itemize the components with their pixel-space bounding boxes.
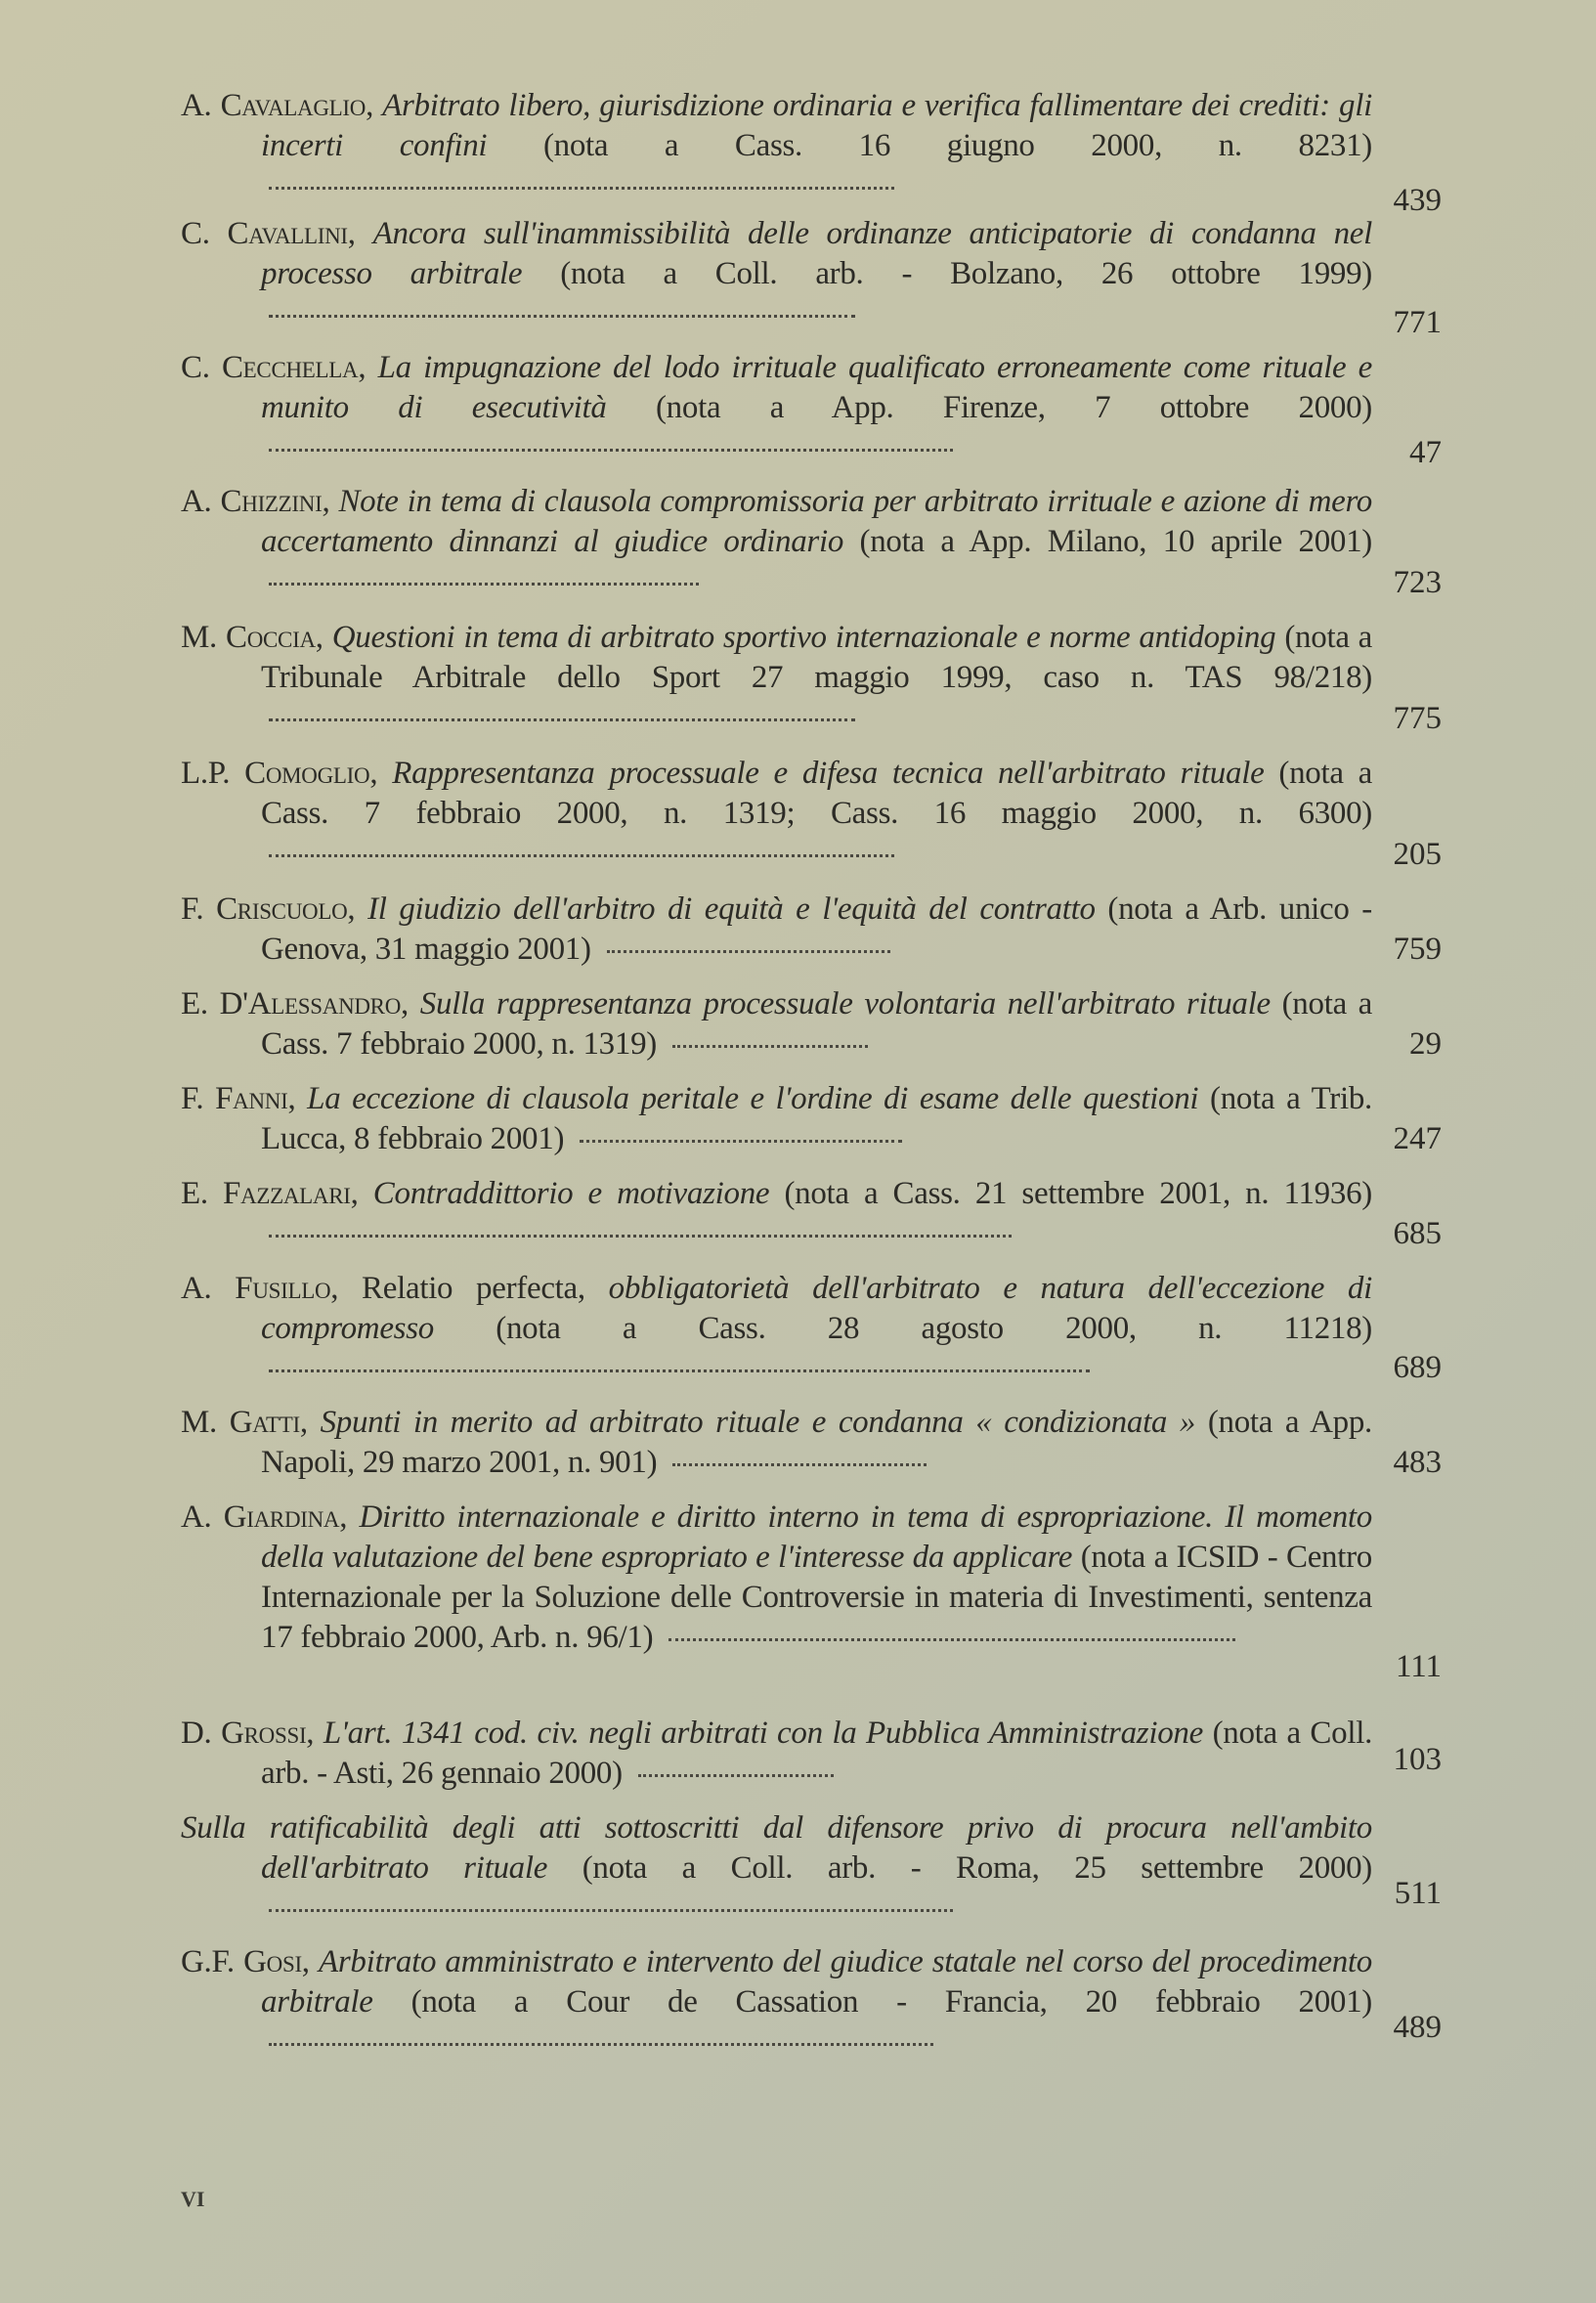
entry-note: (nota a Coll. arb. - Roma, 25 settembre … [582, 1850, 1372, 1886]
toc-entry: Sulla ratificabilità degli atti sottoscr… [181, 1808, 1442, 1928]
dot-leader [269, 583, 699, 586]
entry-page-number: 247 [1344, 1119, 1442, 1159]
dot-leader [607, 950, 890, 953]
entry-page-number: 103 [1344, 1740, 1442, 1780]
entry-author: D. Grossi, [181, 1716, 314, 1751]
toc-entry: D. Grossi, L'art. 1341 cod. civ. negli a… [181, 1714, 1442, 1794]
entry-title: Spunti in merito ad arbitrato rituale e … [321, 1405, 1196, 1440]
toc-entry: E. Fazzalari, Contraddittorio e motivazi… [181, 1174, 1442, 1254]
dot-leader [669, 1638, 1235, 1641]
entry-note: (nota a Cour de Cassation - Francia, 20 … [411, 1984, 1372, 2020]
entry-note: (nota a App. Milano, 10 aprile 2001) [860, 524, 1372, 559]
entry-title-roman-prefix: Relatio perfecta, [362, 1271, 585, 1306]
entry-note: (nota a Cass. 16 giugno 2000, n. 8231) [543, 128, 1372, 163]
entry-author: A. Fusillo, [181, 1271, 338, 1306]
table-of-contents: A. Cavalaglio, Arbitrato libero, giurisd… [181, 86, 1442, 2076]
entry-page-number: 511 [1344, 1874, 1442, 1914]
toc-entry: C. Cavallini, Ancora sull'inammissibilit… [181, 214, 1442, 333]
toc-entry: M. Gatti, Spunti in merito ad arbitrato … [181, 1403, 1442, 1483]
entry-title: La eccezione di clausola peritale e l'or… [307, 1081, 1198, 1116]
dot-leader [269, 718, 855, 721]
entry-page-number: 771 [1344, 303, 1442, 343]
entry-author: M. Gatti, [181, 1405, 308, 1440]
entry-page-number: 111 [1344, 1647, 1442, 1687]
dot-leader [269, 1909, 953, 1912]
dot-leader [580, 1140, 902, 1143]
entry-page-number: 205 [1344, 835, 1442, 875]
entry-author: A. Cavalaglio, [181, 88, 373, 123]
dot-leader [638, 1774, 834, 1777]
entry-page-number: 47 [1344, 433, 1442, 473]
entry-note: (nota a Coll. arb. - Bolzano, 26 ottobre… [560, 256, 1372, 291]
entry-page-number: 775 [1344, 699, 1442, 739]
toc-entry: F. Criscuolo, Il giudizio dell'arbitro d… [181, 890, 1442, 970]
entry-author: F. Fanni, [181, 1081, 295, 1116]
entry-title: Il giudizio dell'arbitro di equità e l'e… [367, 891, 1096, 927]
toc-entry: F. Fanni, La eccezione di clausola perit… [181, 1079, 1442, 1159]
entry-author: L.P. Comoglio, [181, 756, 377, 791]
toc-entry: L.P. Comoglio, Rappresentanza processual… [181, 754, 1442, 875]
entry-title: Sulla rappresentanza processuale volonta… [420, 986, 1271, 1021]
entry-note: (nota a Cass. 28 agosto 2000, n. 11218) [496, 1311, 1372, 1346]
toc-entry: M. Coccia, Questioni in tema di arbitrat… [181, 618, 1442, 739]
entry-page-number: 759 [1344, 930, 1442, 970]
entry-author: M. Coccia, [181, 620, 324, 655]
entry-page-number: 29 [1344, 1024, 1442, 1065]
toc-entry: G.F. Gosi, Arbitrato amministrato e inte… [181, 1942, 1442, 2062]
entry-author: E. Fazzalari, [181, 1176, 359, 1211]
entry-title: L'art. 1341 cod. civ. negli arbitrati co… [324, 1716, 1203, 1751]
entry-title: Contraddittorio e motivazione [373, 1176, 769, 1211]
dot-leader [269, 1235, 1012, 1238]
entry-note: (nota a Cass. 21 settembre 2001, n. 1193… [784, 1176, 1372, 1211]
entry-author: C. Cecchella, [181, 350, 366, 385]
entry-author: C. Cavallini, [181, 216, 356, 251]
entry-note: (nota a App. Firenze, 7 ottobre 2000) [656, 390, 1372, 425]
entry-page-number: 723 [1344, 563, 1442, 603]
dot-leader [269, 1369, 1090, 1372]
entry-title: Questioni in tema di arbitrato sportivo … [332, 620, 1276, 655]
toc-entry: A. Chizzini, Note in tema di clausola co… [181, 482, 1442, 603]
entry-author: E. D'Alessandro, [181, 986, 409, 1021]
entry-author: A. Chizzini, [181, 484, 329, 519]
entry-author: F. Criscuolo, [181, 891, 355, 927]
dot-leader [672, 1463, 927, 1466]
toc-entry: A. Fusillo, Relatio perfecta, obbligator… [181, 1269, 1442, 1388]
entry-author: A. Giardina, [181, 1499, 347, 1535]
entry-title: Rappresentanza processuale e difesa tecn… [392, 756, 1264, 791]
dot-leader [269, 187, 894, 190]
toc-entry: C. Cecchella, La impugnazione del lodo i… [181, 348, 1442, 467]
toc-entry: A. Cavalaglio, Arbitrato libero, giurisd… [181, 86, 1442, 199]
entry-page-number: 685 [1344, 1214, 1442, 1254]
entry-page-number: 689 [1344, 1348, 1442, 1388]
dot-leader [269, 315, 855, 318]
dot-leader [269, 449, 953, 452]
page-folio: VI [181, 2187, 204, 2212]
dot-leader [269, 854, 894, 857]
entry-page-number: 489 [1344, 2008, 1442, 2048]
toc-entry: E. D'Alessandro, Sulla rappresentanza pr… [181, 984, 1442, 1065]
book-page: A. Cavalaglio, Arbitrato libero, giurisd… [0, 0, 1596, 2303]
dot-leader [269, 2043, 933, 2046]
dot-leader [672, 1045, 868, 1048]
entry-author: G.F. Gosi, [181, 1944, 310, 1979]
entry-page-number: 483 [1344, 1443, 1442, 1483]
toc-entry: A. Giardina, Diritto internazionale e di… [181, 1498, 1442, 1699]
